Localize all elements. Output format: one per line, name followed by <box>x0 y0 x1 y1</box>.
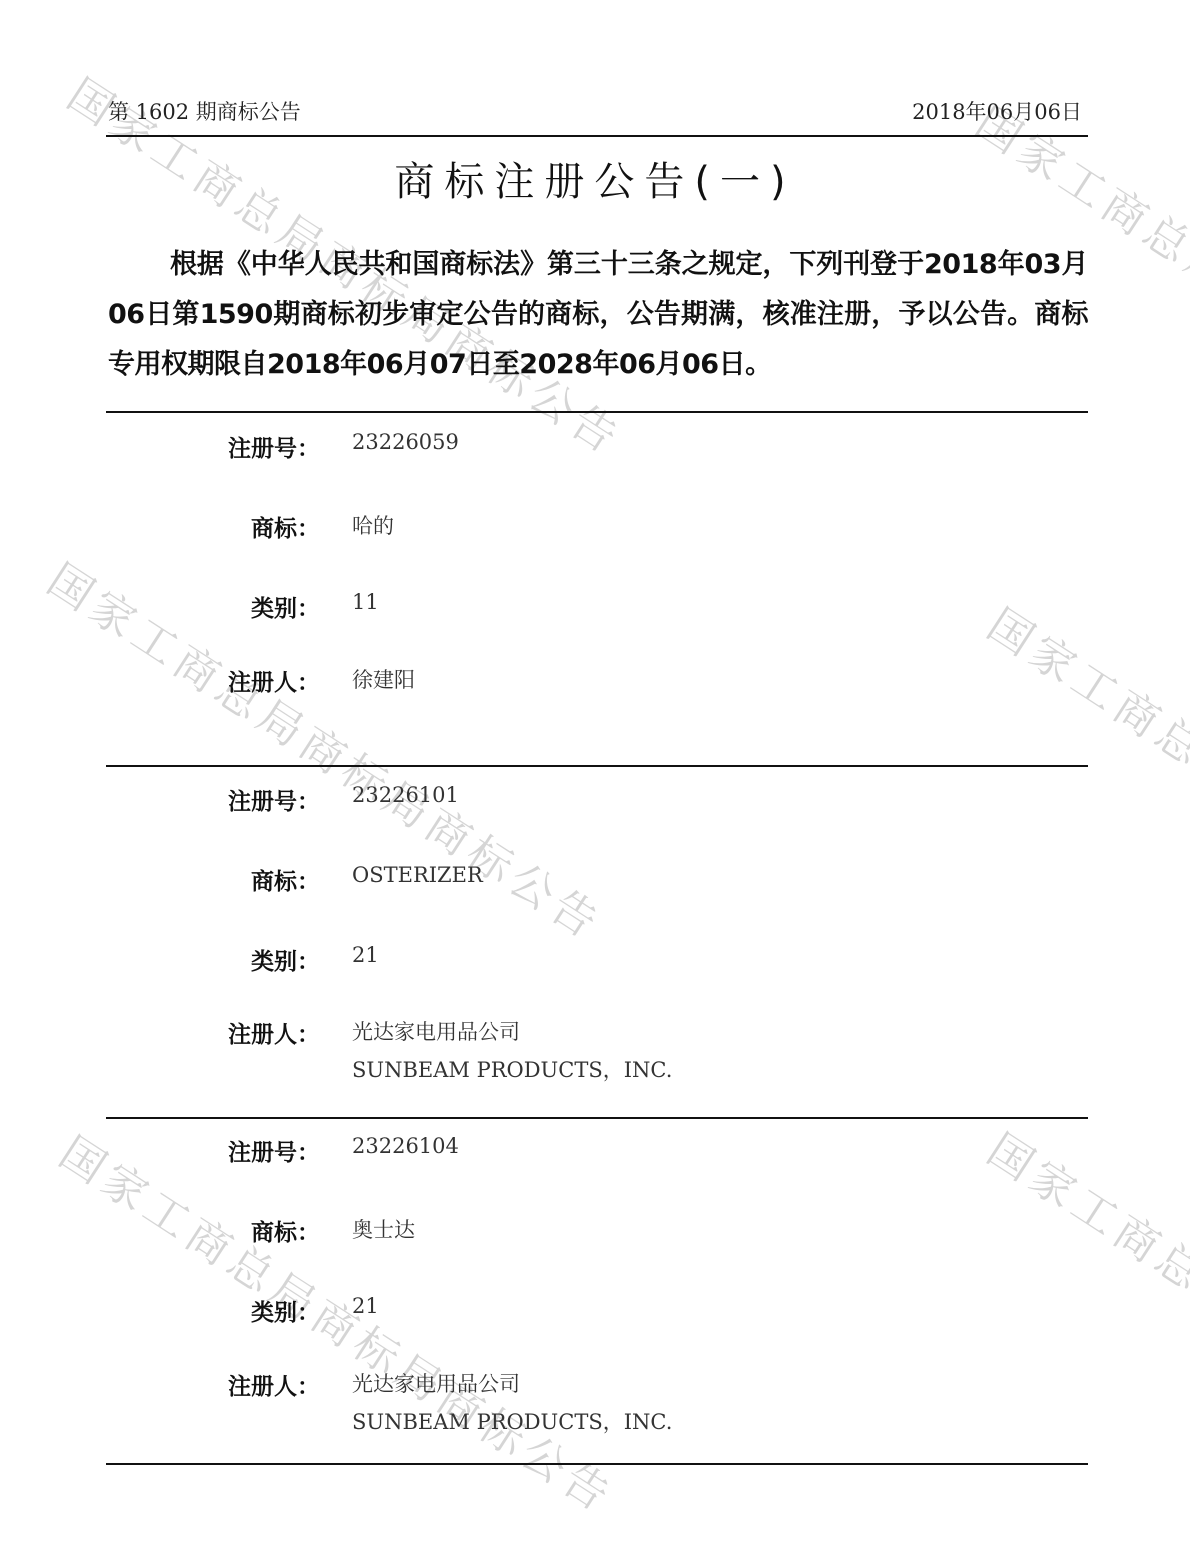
publication-date: 2018年06月06日 <box>912 96 1082 126</box>
mark-label: 商标： <box>251 863 320 896</box>
reg-no-value: 23226101 <box>352 783 459 807</box>
reg-no-value: 23226104 <box>352 1134 459 1158</box>
registrant-value: 光达家电用品公司 <box>352 1368 520 1398</box>
mark-label: 商标： <box>251 1214 320 1247</box>
mark-value: 奥士达 <box>352 1214 415 1244</box>
registrant-english-value: SUNBEAM PRODUCTS，INC. <box>352 1406 672 1436</box>
header-divider <box>106 135 1088 137</box>
class-value: 21 <box>352 943 379 967</box>
mark-label: 商标： <box>251 510 320 543</box>
entry-divider <box>106 765 1088 767</box>
registrant-label: 注册人： <box>228 664 320 697</box>
class-label: 类别： <box>251 1294 320 1327</box>
registrant-value: 徐建阳 <box>352 664 415 694</box>
page-title: 商标注册公告(一) <box>0 150 1190 207</box>
class-label: 类别： <box>251 943 320 976</box>
footer-divider <box>106 1463 1088 1465</box>
intro-paragraph: 根据《中华人民共和国商标法》第三十三条之规定，下列刊登于2018年03月06日第… <box>108 240 1088 390</box>
reg-no-value: 23226059 <box>352 430 459 454</box>
entry-divider <box>106 411 1088 413</box>
registrant-label: 注册人： <box>228 1016 320 1049</box>
reg-no-label: 注册号： <box>228 430 320 463</box>
registrant-english-value: SUNBEAM PRODUCTS，INC. <box>352 1054 672 1084</box>
reg-no-label: 注册号： <box>228 783 320 816</box>
mark-value: 哈的 <box>352 510 394 540</box>
registrant-label: 注册人： <box>228 1368 320 1401</box>
mark-value: OSTERIZER <box>352 863 483 887</box>
class-value: 11 <box>352 590 379 614</box>
registrant-value: 光达家电用品公司 <box>352 1016 520 1046</box>
issue-number: 第 1602 期商标公告 <box>108 96 301 126</box>
class-label: 类别： <box>251 590 320 623</box>
class-value: 21 <box>352 1294 379 1318</box>
entry-divider <box>106 1117 1088 1119</box>
reg-no-label: 注册号： <box>228 1134 320 1167</box>
